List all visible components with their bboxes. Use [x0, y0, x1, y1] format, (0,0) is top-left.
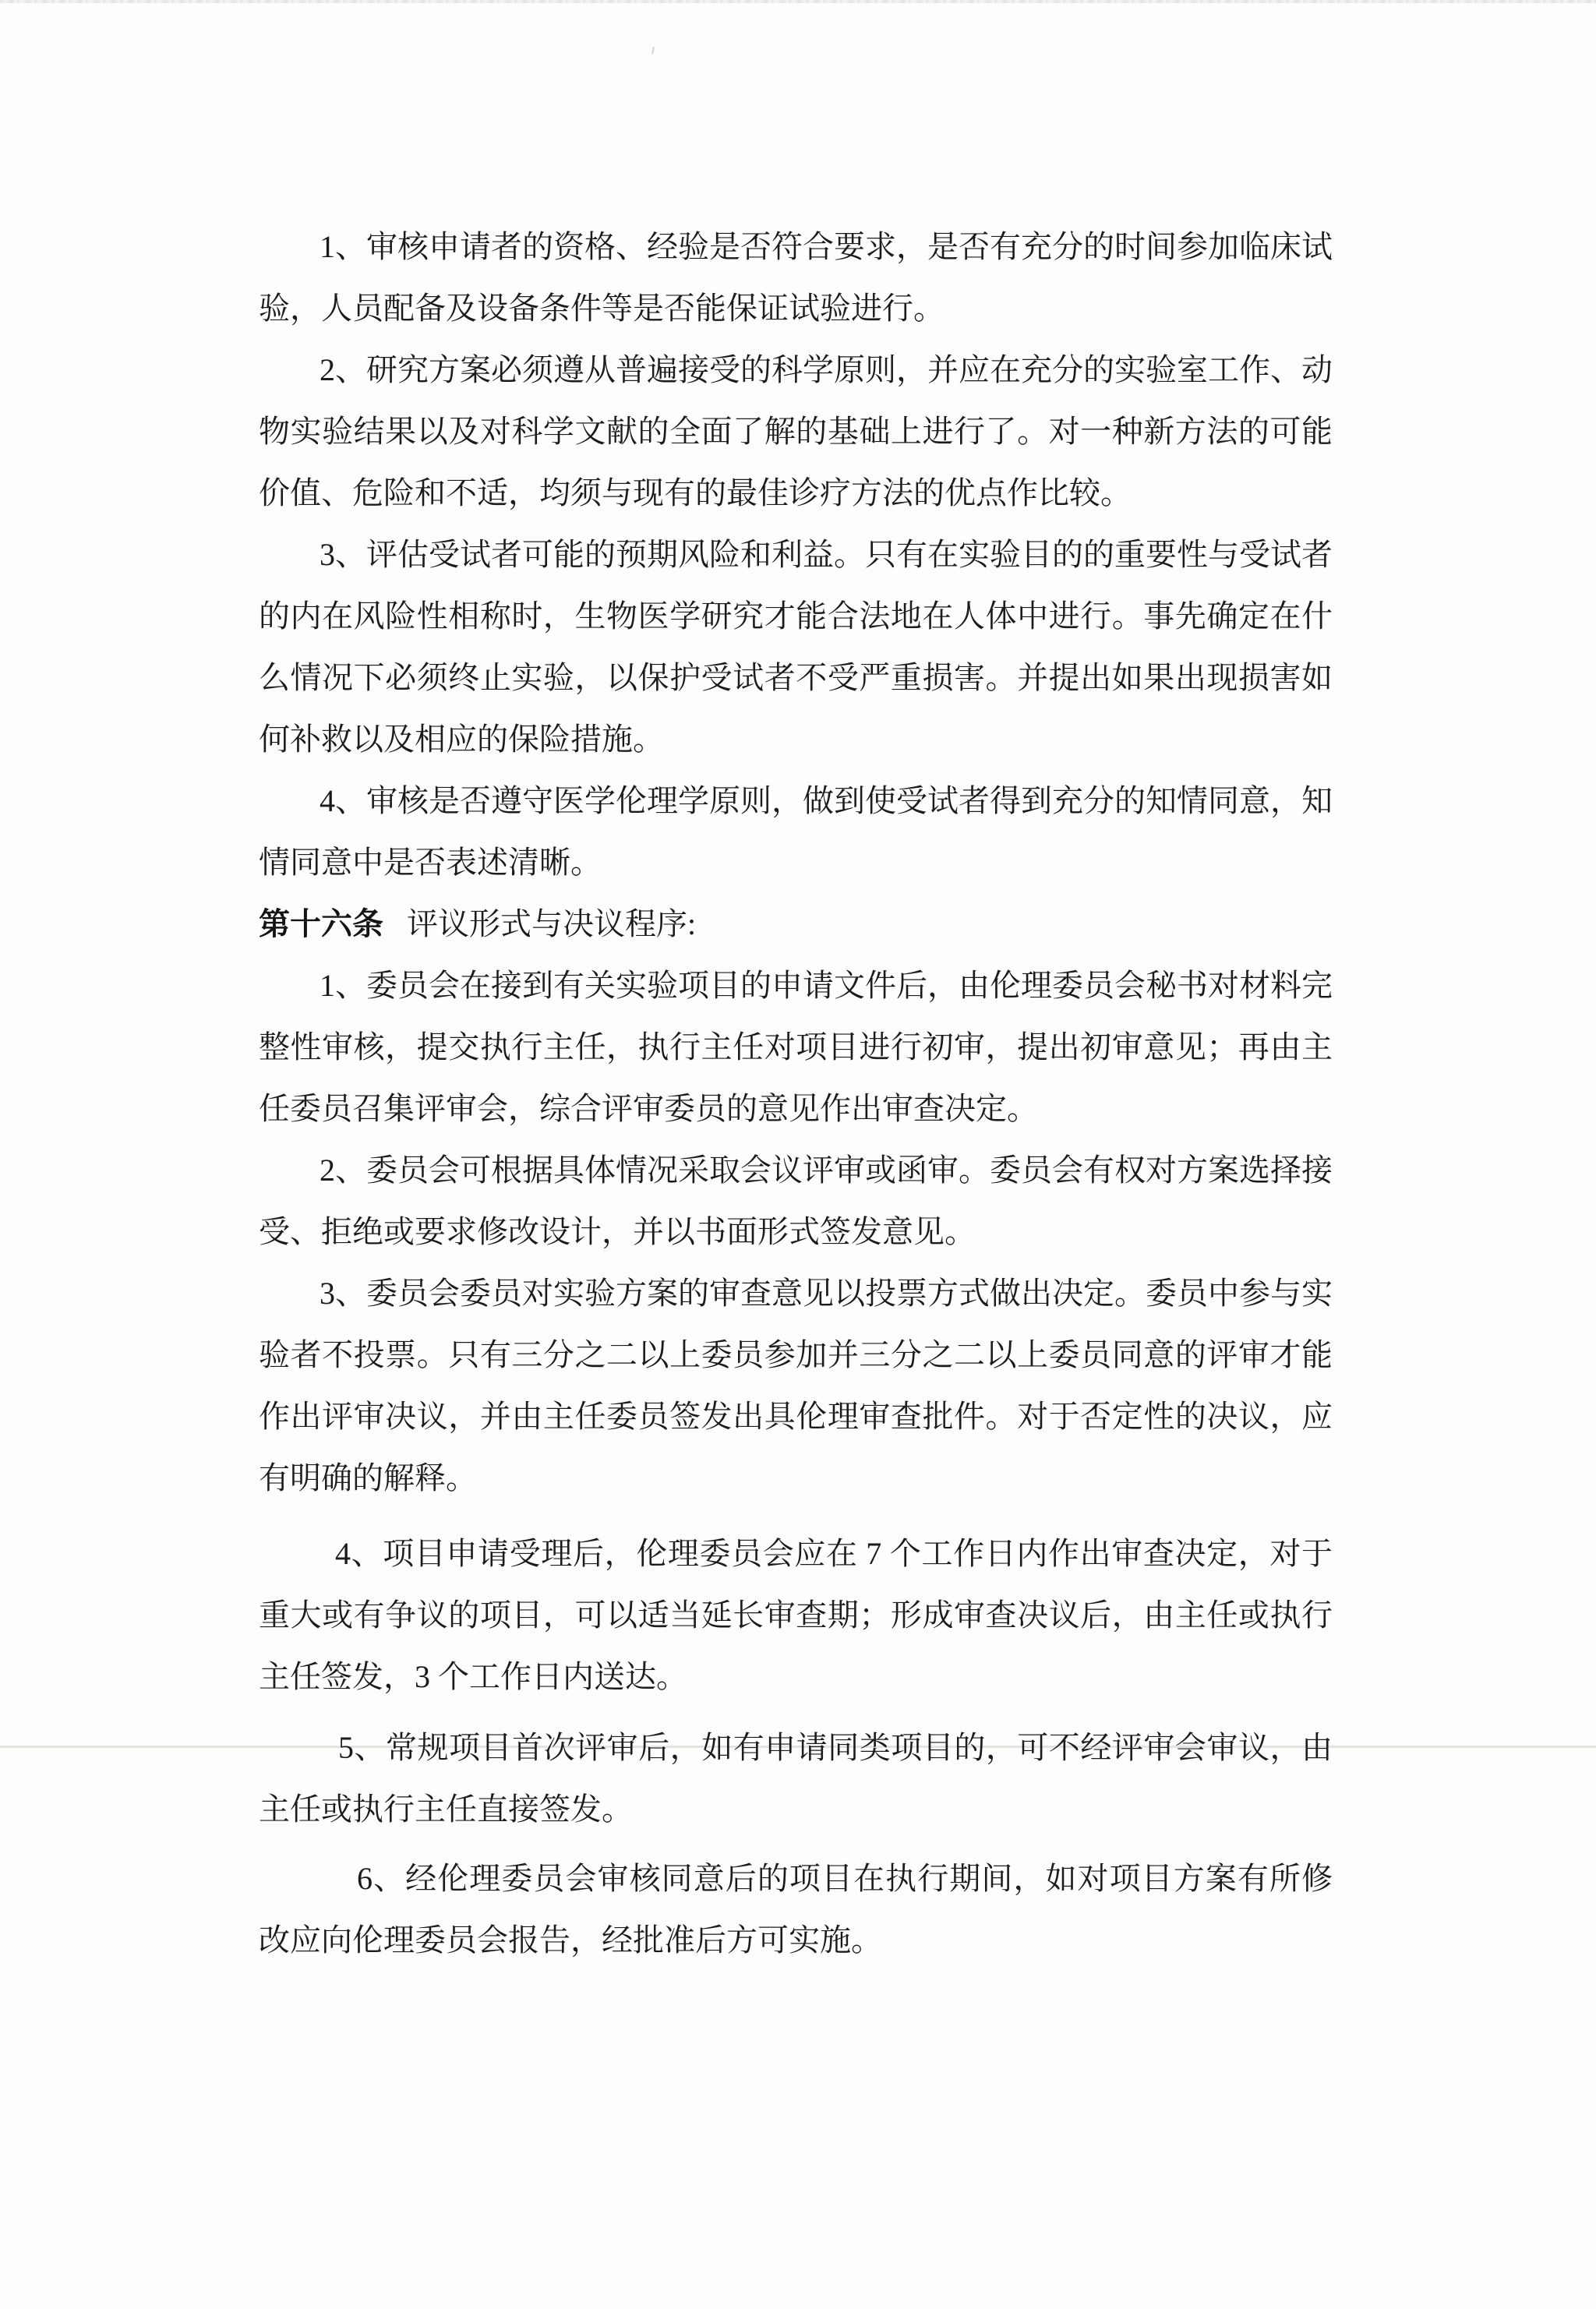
paragraph-procedure-1: 1、委员会在接到有关实验项目的申请文件后，由伦理委员会秘书对材料完整性审核，提交… — [259, 955, 1333, 1139]
scanned-document-page: 1、审核申请者的资格、经验是否符合要求，是否有充分的时间参加临床试验，人员配备及… — [0, 0, 1596, 2309]
paragraph-review-point-1: 1、审核申请者的资格、经验是否符合要求，是否有充分的时间参加临床试验，人员配备及… — [259, 216, 1333, 339]
paragraph-procedure-5: 5、常规项目首次评审后，如有申请同类项目的，可不经评审会审议，由主任或执行主任直… — [259, 1717, 1333, 1840]
document-body: 1、审核申请者的资格、经验是否符合要求，是否有充分的时间参加临床试验，人员配备及… — [259, 216, 1333, 1971]
paragraph-procedure-6: 6、经伦理委员会审核同意后的项目在执行期间，如对项目方案有所修改应向伦理委员会报… — [259, 1848, 1333, 1971]
paragraph-review-point-3: 3、评估受试者可能的预期风险和利益。只有在实验目的的重要性与受试者的内在风险性相… — [259, 524, 1333, 770]
scan-noise-line-top — [0, 0, 1596, 3]
article-16-heading: 第十六条评议形式与决议程序: — [259, 893, 1333, 955]
article-16-term: 第十六条 — [259, 906, 383, 941]
paragraph-procedure-2: 2、委员会可根据具体情况采取会议评审或函审。委员会有权对方案选择接受、拒绝或要求… — [259, 1139, 1333, 1262]
paragraph-procedure-4: 4、项目申请受理后，伦理委员会应在 7 个工作日内作出审查决定，对于重大或有争议… — [259, 1523, 1333, 1707]
paragraph-review-point-2: 2、研究方案必须遵从普遍接受的科学原则，并应在充分的实验室工作、动物实验结果以及… — [259, 339, 1333, 524]
scan-speck — [651, 47, 655, 54]
paragraph-review-point-4: 4、审核是否遵守医学伦理学原则，做到使受试者得到充分的知情同意，知情同意中是否表… — [259, 770, 1333, 893]
article-16-title: 评议形式与决议程序: — [407, 906, 696, 941]
paragraph-procedure-3: 3、委员会委员对实验方案的审查意见以投票方式做出决定。委员中参与实验者不投票。只… — [259, 1262, 1333, 1509]
